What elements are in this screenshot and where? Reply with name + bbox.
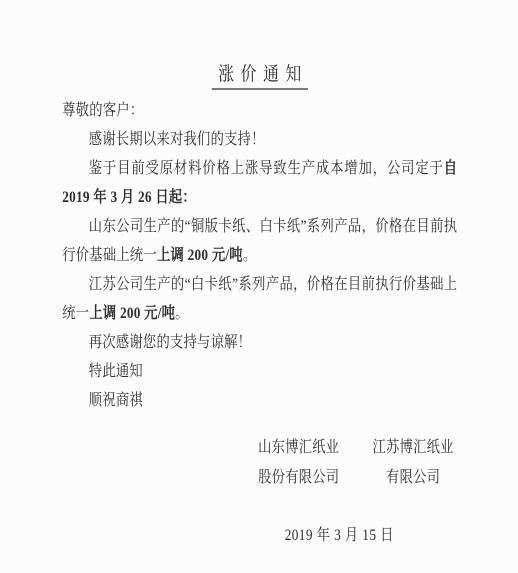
document-date: 2019 年 3 月 15 日 xyxy=(285,521,458,550)
hereby-notice-text: 特此通知 xyxy=(89,363,143,380)
shandong-products-text: 山东公司生产的“铜版卡纸、白卡纸”系列产品，价格在目前执行价基础上统一 xyxy=(62,218,457,264)
signature-shandong-line2: 股份有限公司 xyxy=(258,463,339,493)
paragraph-hereby-notice: 特此通知 xyxy=(62,357,457,386)
shandong-increase-text: 上调 200 元/吨 xyxy=(157,247,243,264)
regards-text: 顺祝商祺 xyxy=(89,392,143,409)
page-title: 涨价通知 xyxy=(212,64,308,90)
salutation-line: 尊敬的客户： xyxy=(62,96,457,125)
signature-shandong-company: 山东博汇纸业 股份有限公司 xyxy=(258,433,339,493)
signature-block: 山东博汇纸业 股份有限公司 江苏博汇纸业 有限公司 xyxy=(258,433,457,493)
title-row: 涨价通知 xyxy=(62,64,457,90)
reason-text: 鉴于目前受原材料价格上涨导致生产成本增加，公司定于 xyxy=(89,160,444,177)
signature-jiangsu-company: 江苏博汇纸业 有限公司 xyxy=(373,433,454,493)
paragraph-shandong: 山东公司生产的“铜版卡纸、白卡纸”系列产品，价格在目前执行价基础上统一上调 20… xyxy=(62,212,457,270)
paragraph-closing-thanks: 再次感谢您的支持与谅解！ xyxy=(62,328,457,357)
shandong-period: 。 xyxy=(243,247,257,264)
signature-shandong-line1: 山东博汇纸业 xyxy=(258,433,339,463)
document-page: 涨价通知 尊敬的客户： 感谢长期以来对我们的支持！ 鉴于目前受原材料价格上涨导致… xyxy=(0,0,518,573)
signature-jiangsu-line2: 有限公司 xyxy=(373,463,454,493)
salutation-text: 尊敬的客户： xyxy=(62,102,143,119)
paragraph-jiangsu: 江苏公司生产的“白卡纸”系列产品，价格在目前执行价基础上统一上调 200 元/吨… xyxy=(62,270,457,328)
paragraph-thanks: 感谢长期以来对我们的支持！ xyxy=(62,125,457,154)
jiangsu-period: 。 xyxy=(175,305,189,322)
notice-document: 涨价通知 尊敬的客户： 感谢长期以来对我们的支持！ 鉴于目前受原材料价格上涨导致… xyxy=(0,0,518,573)
document-scale-wrapper: 涨价通知 尊敬的客户： 感谢长期以来对我们的支持！ 鉴于目前受原材料价格上涨导致… xyxy=(0,0,518,573)
paragraph-reason: 鉴于目前受原材料价格上涨导致生产成本增加，公司定于自 2019 年 3 月 26… xyxy=(62,154,457,212)
closing-thanks-text: 再次感谢您的支持与谅解！ xyxy=(89,334,251,351)
thanks-text: 感谢长期以来对我们的支持！ xyxy=(89,131,265,148)
paragraph-regards: 顺祝商祺 xyxy=(62,386,457,415)
date-text: 2019 年 3 月 15 日 xyxy=(285,527,394,544)
jiangsu-increase-text: 上调 200 元/吨 xyxy=(89,305,175,322)
signature-jiangsu-line1: 江苏博汇纸业 xyxy=(373,433,454,463)
